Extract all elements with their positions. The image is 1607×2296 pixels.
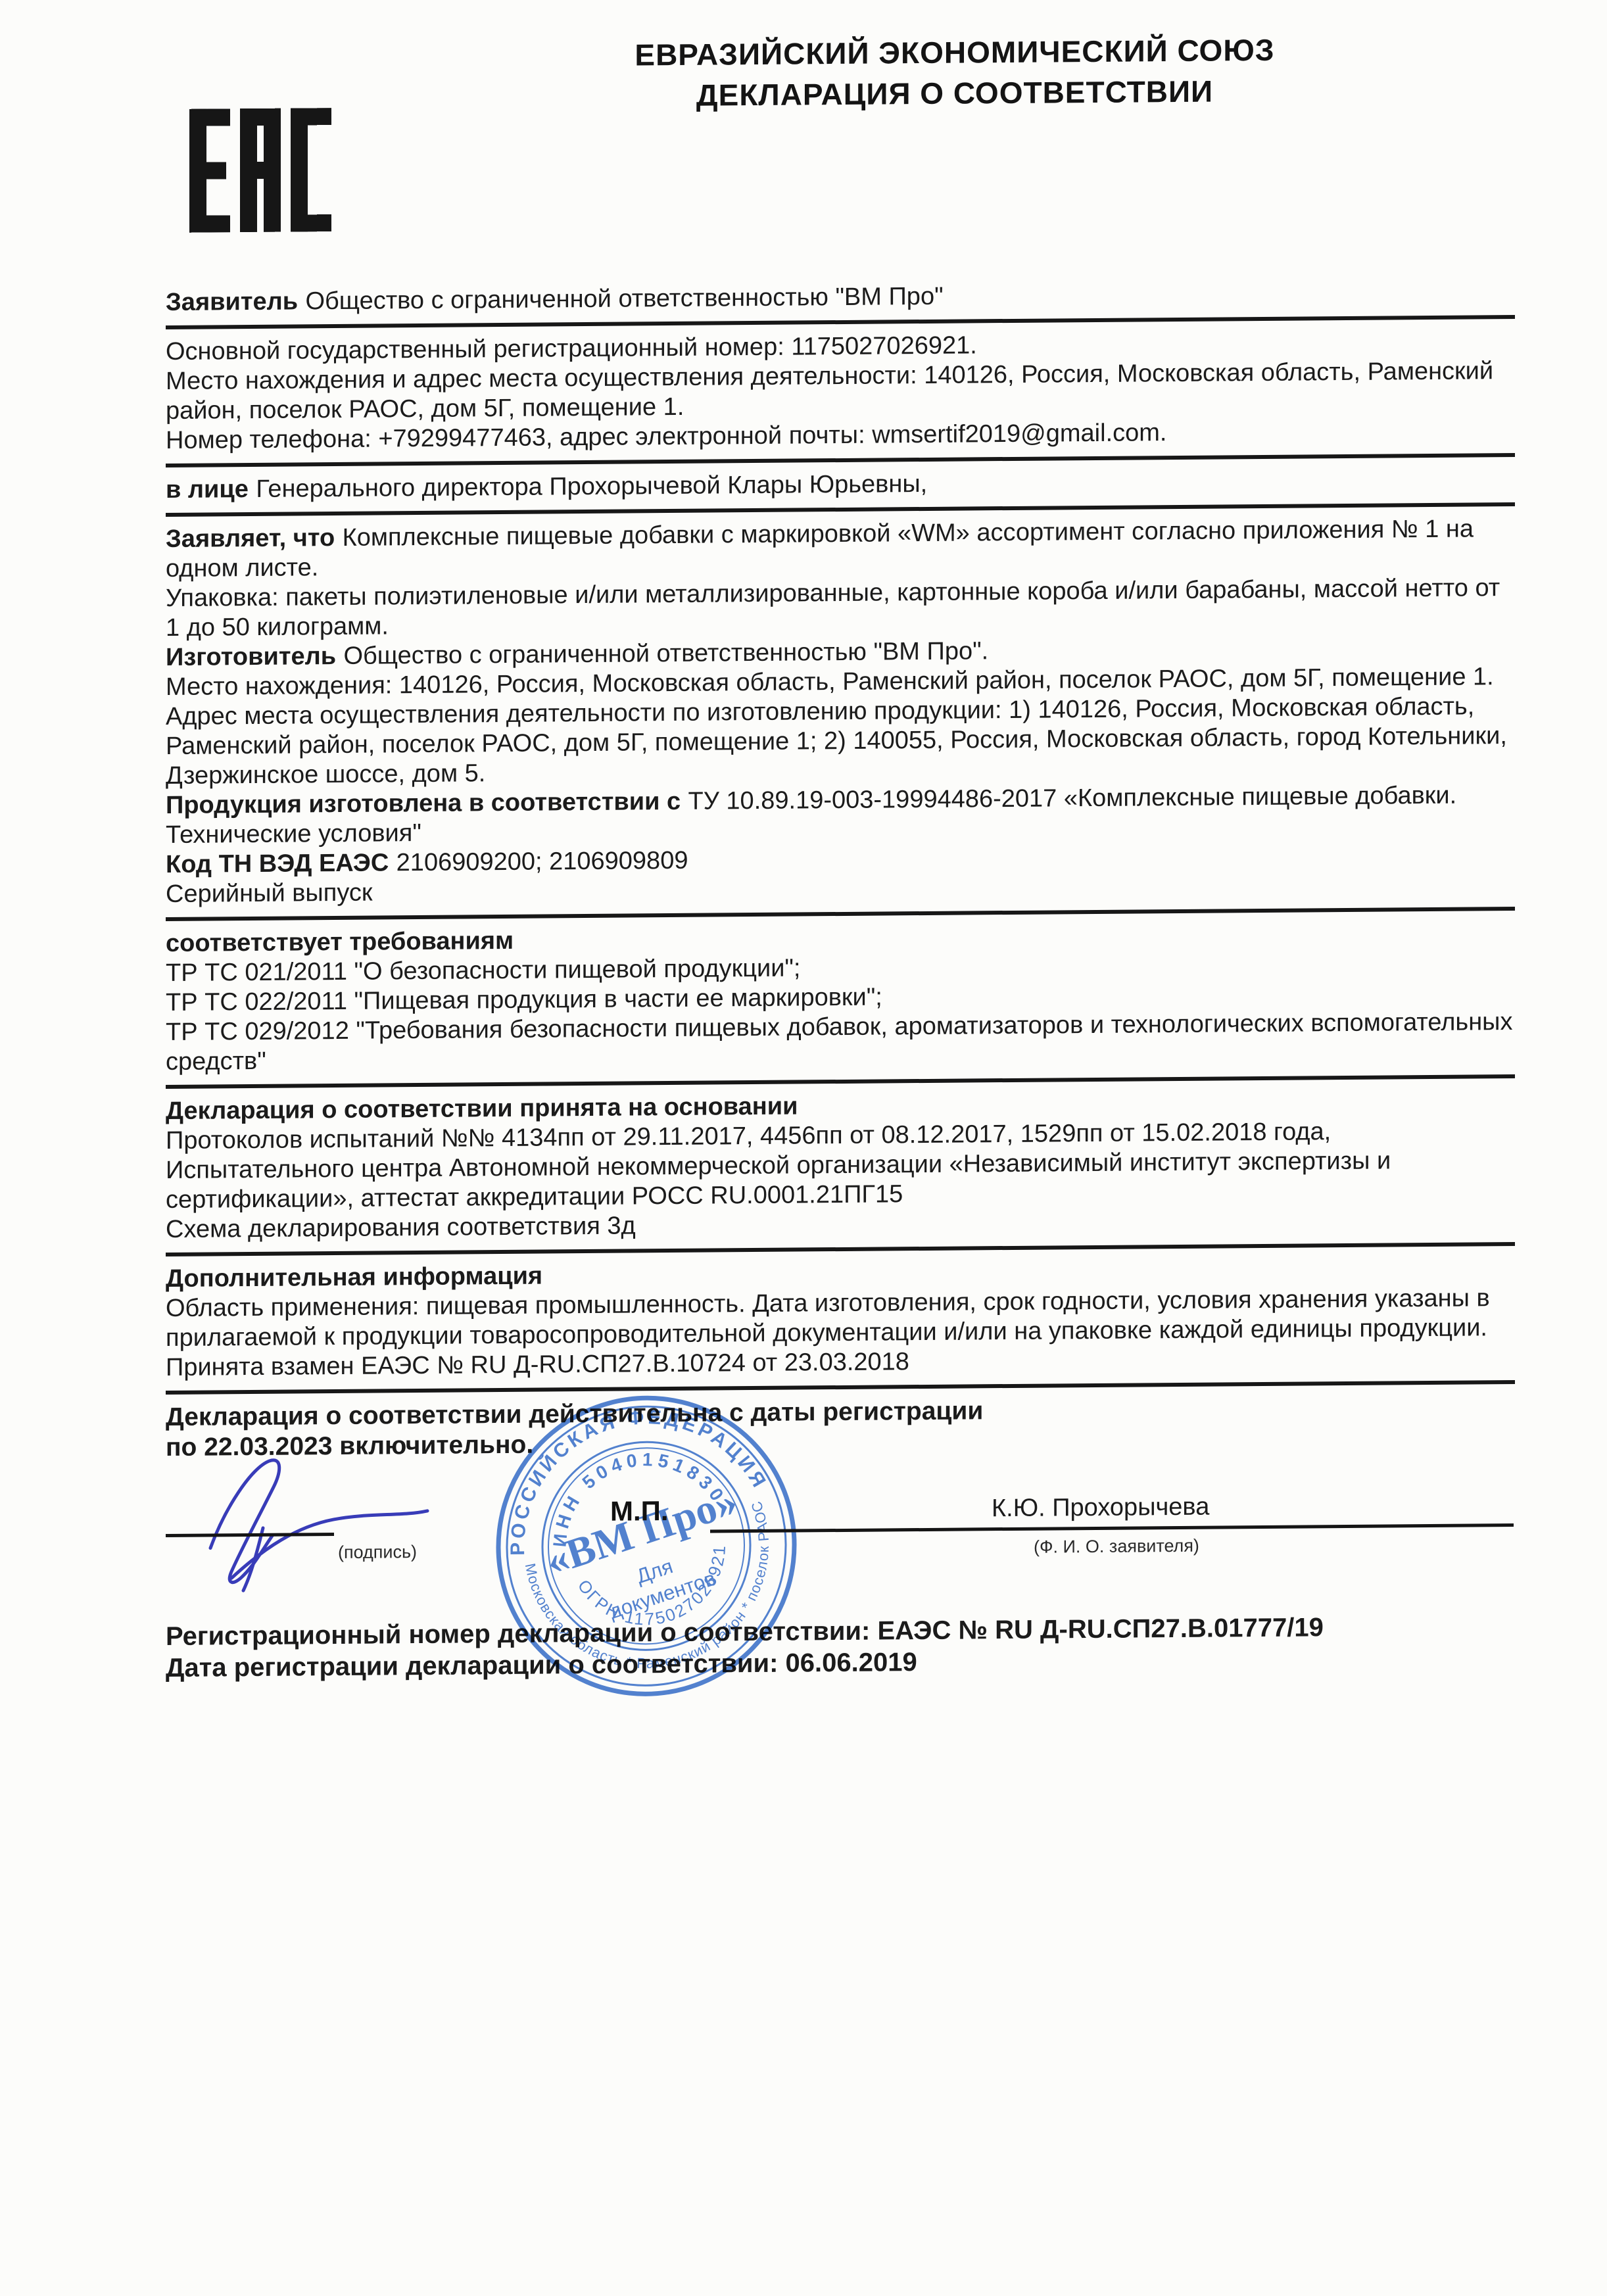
section-divider — [166, 907, 1515, 921]
title-declaration-line: ДЕКЛАРАЦИЯ О СООТВЕТСТВИИ — [488, 69, 1422, 117]
basis-protocols-line: Протоколов испытаний №№ 4134пп от 29.11.… — [166, 1116, 1515, 1215]
declares-label: Заявляет, что — [166, 524, 335, 553]
eac-logo-letters — [189, 108, 331, 233]
produced-label: Продукция изготовлена в соответствии с — [166, 788, 681, 819]
in-person-line: в лицеГенерального директора Прохорычево… — [166, 465, 1515, 505]
in-person-value: Генерального директора Прохорычевой Клар… — [256, 470, 927, 503]
applicant-label: Заявитель — [166, 287, 298, 316]
tnved-label: Код ТН ВЭД ЕАЭС — [166, 849, 389, 878]
packaging-line: Упаковка: пакеты полиэтиленовые и/или ме… — [166, 573, 1515, 643]
eac-logo — [189, 108, 331, 233]
stamp-texts: РОССИЙСКАЯ ФЕДЕРАЦИЯ Московская область … — [492, 1390, 801, 1702]
stamp-body: РОССИЙСКАЯ ФЕДЕРАЦИЯ Московская область … — [492, 1390, 801, 1702]
address-line: Место нахождения и адрес места осуществл… — [166, 356, 1515, 426]
section-divider — [166, 1242, 1515, 1256]
tr-ts-029-line: ТР ТС 029/2012 "Требования безопасности … — [166, 1007, 1515, 1077]
section-divider — [166, 453, 1515, 467]
produced-line: Продукция изготовлена в соответствии сТУ… — [166, 780, 1515, 850]
section-divider — [166, 315, 1515, 329]
section-divider — [166, 1074, 1515, 1089]
name-line — [710, 1523, 1514, 1533]
registration-block: Регистрационный номер декларации о соотв… — [166, 1610, 1515, 1684]
signature-caption: (подпись) — [338, 1541, 417, 1563]
mp-seal-label: М.П. — [610, 1495, 669, 1527]
applicant-name: К.Ю. Прохорычева — [992, 1493, 1209, 1523]
signature-strokes — [210, 1459, 427, 1591]
signature-scribble — [185, 1448, 448, 1594]
declares-line: Заявляет, чтоКомплексные пищевые добавки… — [166, 514, 1515, 584]
additional-scope-line: Область применения: пищевая промышленнос… — [166, 1283, 1515, 1353]
tnved-value: 2106909200; 2106909809 — [396, 847, 688, 876]
signature-area: РОССИЙСКАЯ ФЕДЕРАЦИЯ Московская область … — [166, 1459, 1515, 1621]
document-title: ЕВРАЗИЙСКИЙ ЭКОНОМИЧЕСКИЙ СОЮЗ ДЕКЛАРАЦИ… — [488, 28, 1422, 117]
name-caption: (Ф. И. О. заявителя) — [1034, 1535, 1199, 1558]
manufacturer-value: Общество с ограниченной ответственностью… — [343, 637, 988, 670]
document-content: ЕВРАЗИЙСКИЙ ЭКОНОМИЧЕСКИЙ СОЮЗ ДЕКЛАРАЦИ… — [166, 0, 1515, 1684]
declaration-page: ЕВРАЗИЙСКИЙ ЭКОНОМИЧЕСКИЙ СОЮЗ ДЕКЛАРАЦИ… — [0, 0, 1607, 2296]
document-header: ЕВРАЗИЙСКИЙ ЭКОНОМИЧЕСКИЙ СОЮЗ ДЕКЛАРАЦИ… — [166, 0, 1515, 288]
title-union-line: ЕВРАЗИЙСКИЙ ЭКОНОМИЧЕСКИЙ СОЮЗ — [488, 28, 1422, 76]
section-divider — [166, 1380, 1515, 1395]
in-person-label: в лице — [166, 475, 249, 504]
manufacturer-label: Изготовитель — [166, 642, 336, 671]
section-divider — [166, 502, 1515, 517]
manufacturer-address-line: Место нахождения: 140126, Россия, Москов… — [166, 662, 1515, 791]
applicant-value: Общество с ограниченной ответственностью… — [305, 283, 943, 316]
company-stamp: РОССИЙСКАЯ ФЕДЕРАЦИЯ Московская область … — [492, 1390, 801, 1702]
declares-value: Комплексные пищевые добавки с маркировко… — [166, 515, 1474, 583]
